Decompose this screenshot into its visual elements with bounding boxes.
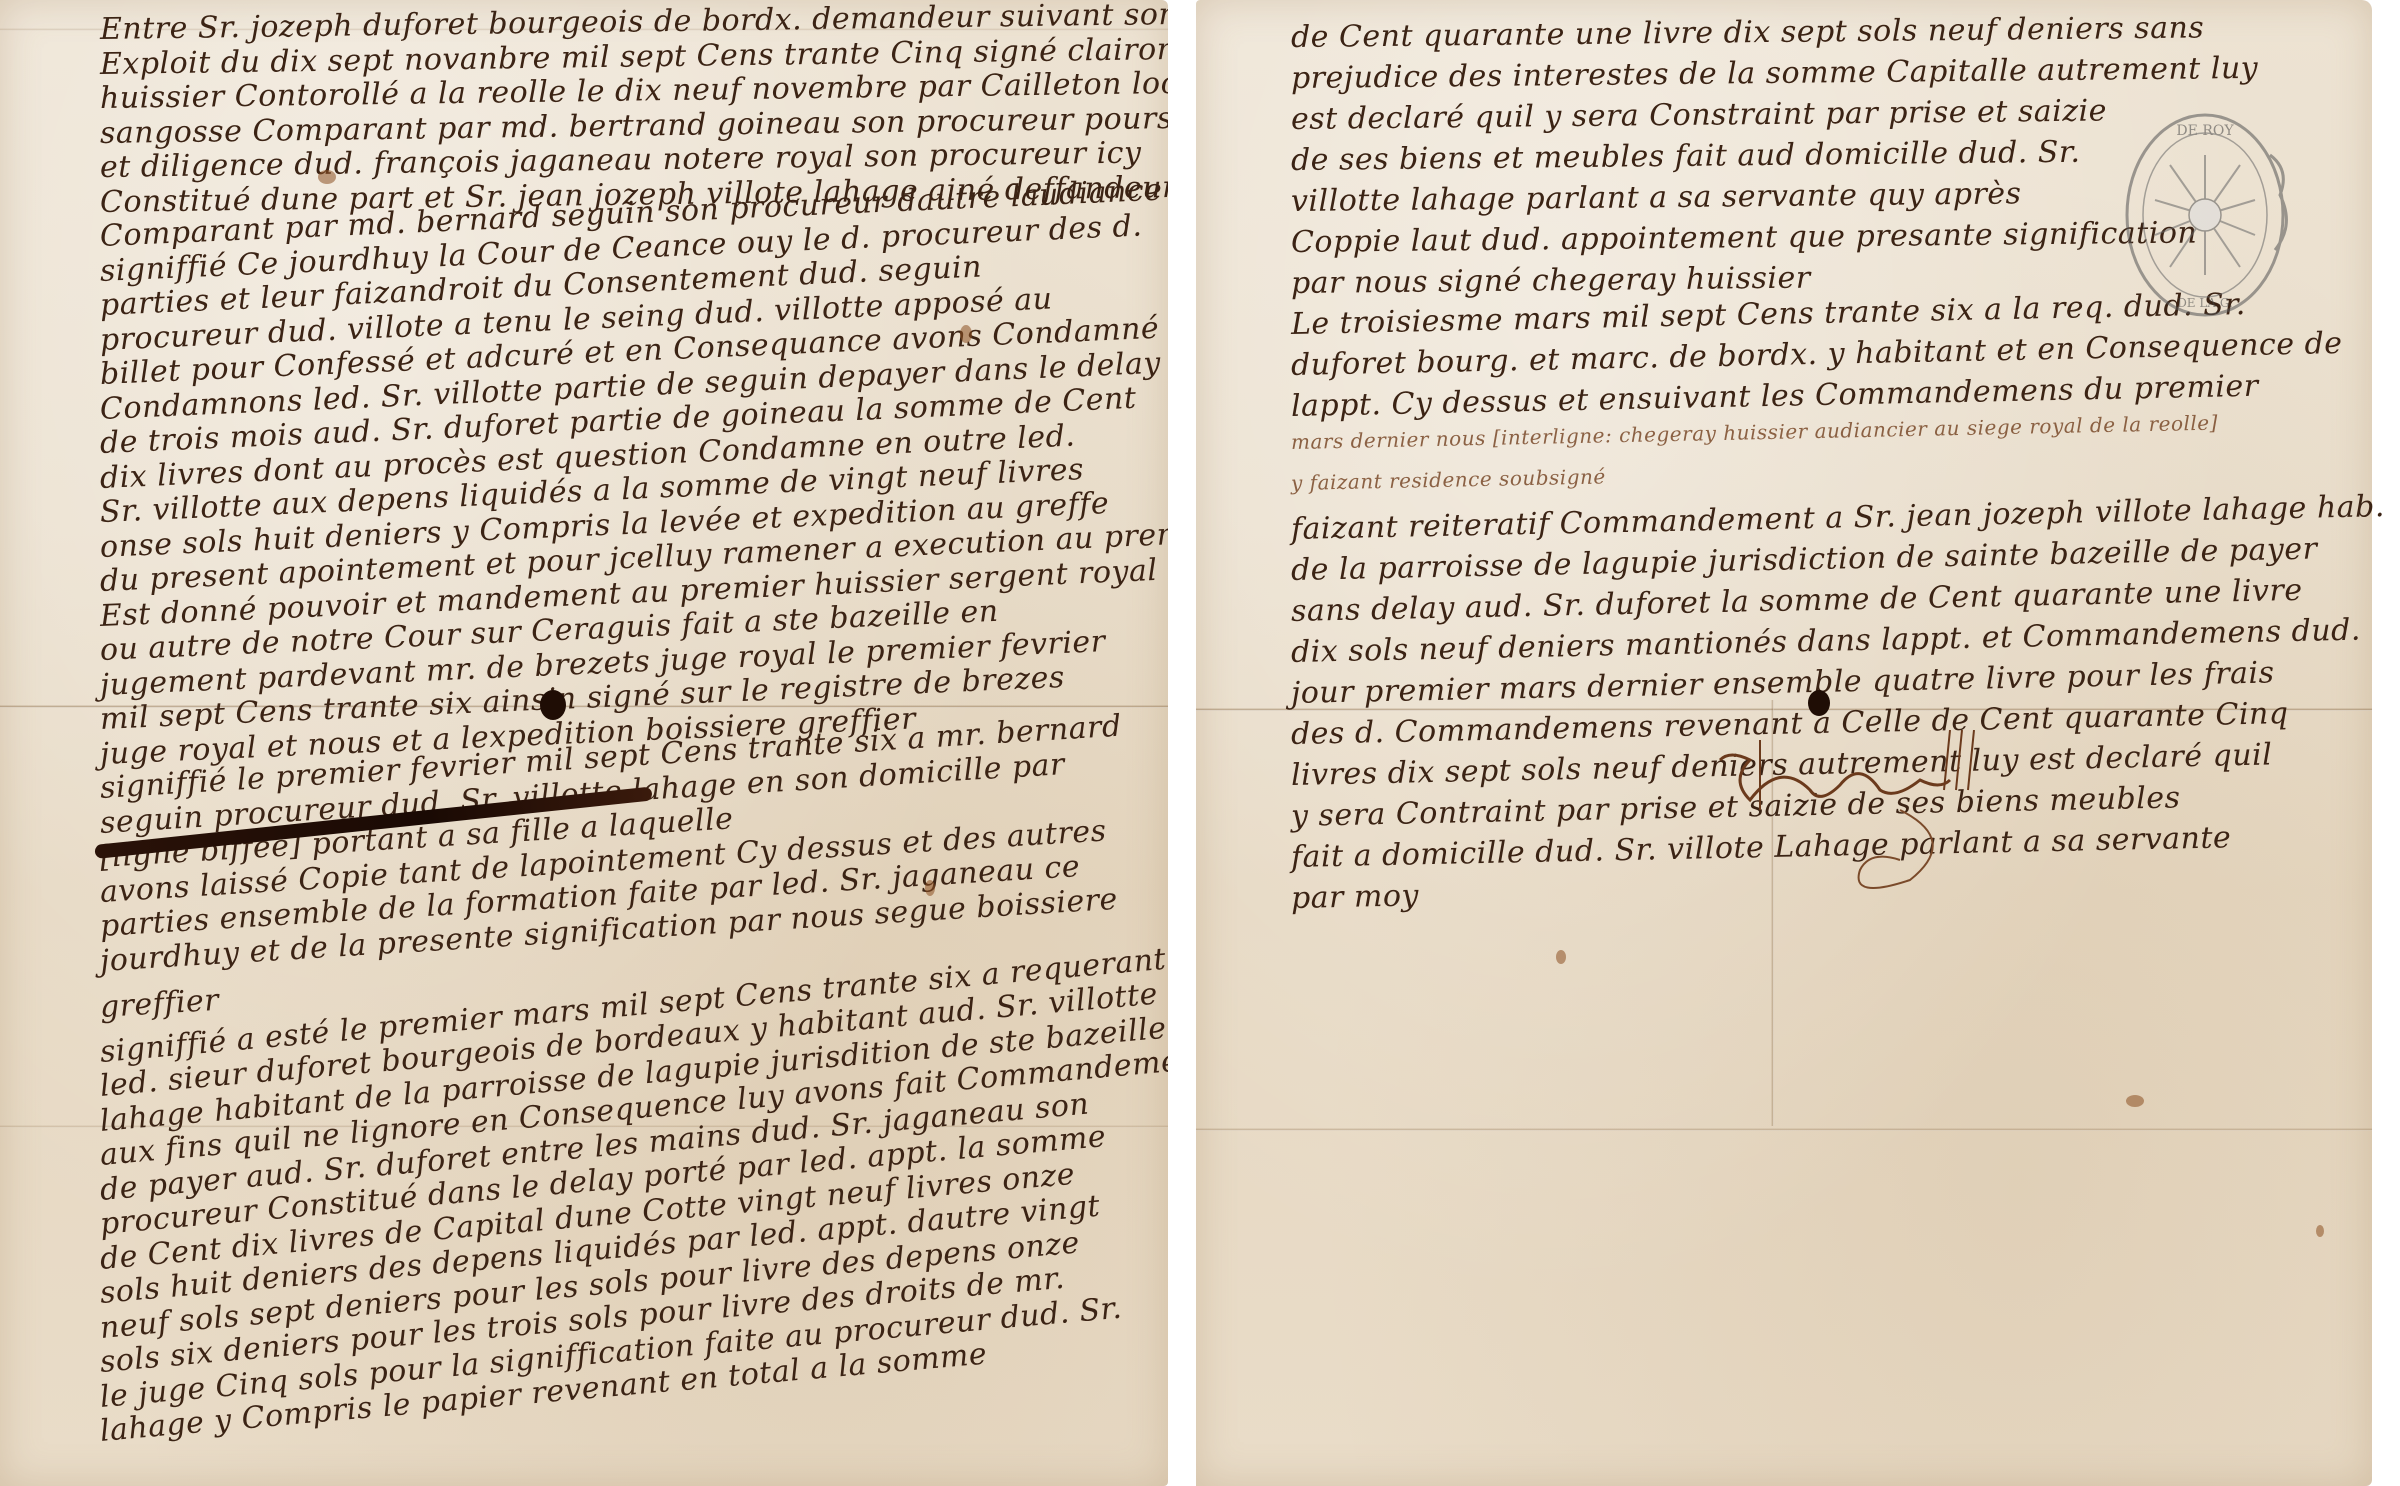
svg-text:DE ROY: DE ROY <box>2176 123 2234 139</box>
signature-flourish-icon <box>1700 730 2020 890</box>
svg-text:DE LA G.: DE LA G. <box>2177 296 2233 310</box>
manuscript-line: prejudice des interestes de la somme Cap… <box>1291 50 2331 96</box>
ink-stain <box>318 170 336 184</box>
manuscript-line: y faizant residence soubsigné <box>1291 449 2331 495</box>
page-gutter <box>1168 0 1196 1486</box>
horizontal-fold-line <box>1196 1128 2372 1131</box>
ink-stain <box>1556 950 1566 964</box>
left-manuscript-page: Entre Sr. jozeph duforet bourgeois de bo… <box>0 0 1168 1486</box>
royal-tax-stamp-icon: DE ROY DE LA G. <box>2110 95 2310 335</box>
ink-stain <box>960 325 972 343</box>
ink-stain <box>2316 1225 2324 1237</box>
manuscript-line: de Cent quarante une livre dix sept sols… <box>1291 9 2331 55</box>
ink-stain <box>2126 1095 2144 1107</box>
ink-blot <box>1808 690 1830 716</box>
ink-blot <box>540 690 566 720</box>
right-manuscript-page: de Cent quarante une livre dix sept sols… <box>1196 0 2372 1486</box>
ink-stain <box>925 880 935 896</box>
